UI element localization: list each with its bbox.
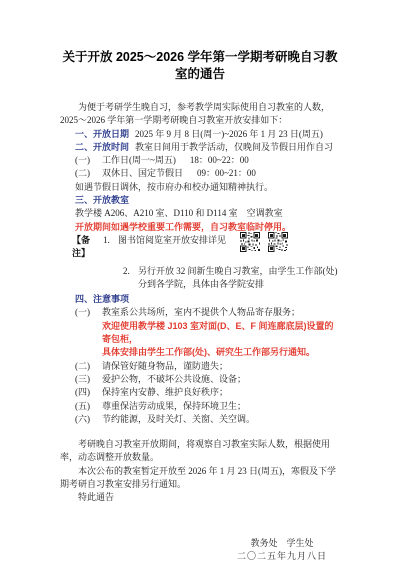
remark-block: 【备注】 1. 图书馆阅览室开放安排详见 2. 另行开放 32 间新生晚自习教室…	[60, 234, 340, 291]
section-heading-notes: 四、注意事项	[75, 294, 129, 304]
hours-item-time: 18：00~22：00	[190, 155, 249, 165]
holiday-adjustment-note: 如遇节假日调休，按市府办和校办通知精神执行。	[75, 181, 340, 194]
hours-item-time: 09：00~21：00	[197, 168, 256, 178]
open-dates-value: 2025 年 9 月 8 日(周一)~2026 年 1 月 23 日(周五)	[135, 129, 323, 139]
note-item-text: 请保管好随身物品，谨防遗失；	[102, 360, 340, 373]
note-item-text: 爱护公物，不破坏公共设施、设备；	[102, 373, 340, 386]
locker-notice-line-1: 欢迎使用教学楼 J103 室对面(D、E、F 间连廊底层)设置的寄包柜，	[102, 320, 340, 347]
issue-date: 二〇二五年九月八日	[237, 550, 327, 563]
section-open-hours: 二、开放时间教室日间用于教学活动，仅晚间及节假日用作自习	[75, 141, 340, 154]
closing-paragraph-1: 考研晚自习教室开放期间，将观察自习教室实际人数，根据使用率，动态调整开放数量。	[60, 438, 340, 465]
note-item-4: (四)保持室内安静、维护良好秩序；	[75, 386, 340, 399]
note-item-5: (五)尊重保洁劳动成果，保持环境卫生；	[75, 400, 340, 413]
note-item-label: (二)	[75, 360, 95, 373]
hours-item-label: (一)	[75, 154, 95, 167]
room-suspension-warning: 开放期间如遇学校重要工作需要，自习教室临时停用。	[75, 221, 340, 234]
remark-item-text: 另行开放 32 间新生晚自习教室，由学生工作部(处)分到各学院，具体由各学院安排	[138, 265, 340, 292]
room-list: 教学楼 A206、A210 室、D110 和 D114 室 空调教室	[75, 207, 340, 220]
note-item-2: (二)请保管好随身物品，谨防遗失；	[75, 360, 340, 373]
document-title: 关于开放 2025～2026 学年第一学期考研晚自习教室的通告	[60, 49, 340, 83]
closing-statement: 特此通告	[60, 491, 340, 504]
section-heading-dates: 一、开放日期	[75, 129, 129, 139]
section-heading-hours: 二、开放时间	[75, 142, 129, 152]
note-item-3: (三)爱护公物，不破坏公共设施、设备；	[75, 373, 340, 386]
open-hours-intro: 教室日间用于教学活动，仅晚间及节假日用作自习	[135, 142, 333, 152]
note-item-1: (一)教室系公共场所，室内不提供个人物品寄存服务；	[75, 306, 340, 319]
document-content: 关于开放 2025～2026 学年第一学期考研晚自习教室的通告 为便于考研学生晚…	[0, 0, 399, 563]
note-item-6: (六)节约能源，及时关灯、关窗、关空调。	[75, 413, 340, 426]
remark-item-text: 图书馆阅览室开放安排详见	[118, 234, 340, 261]
note-item-text: 保持室内安静、维护良好秩序；	[102, 386, 340, 399]
note-item-label: (三)	[75, 373, 95, 386]
note-item-label: (五)	[75, 400, 95, 413]
hours-item-name: 双休日、国定节假日	[102, 168, 183, 178]
notice-document-page: 关于开放 2025～2026 学年第一学期考研晚自习教室的通告 为便于考研学生晚…	[0, 0, 399, 565]
remark-item-1: 【备注】 1. 图书馆阅览室开放安排详见	[60, 234, 340, 261]
closing-paragraph-2: 本次公布的教室暂定开放至 2026 年 1 月 23 日(周五)，寒假及下学期考…	[60, 465, 340, 492]
signature-block: 教务处 学生处 二〇二五年九月八日	[237, 537, 327, 564]
note-item-label: (一)	[75, 306, 95, 319]
locker-notice-line-2: 具体安排由学生工作部(处)、研究生工作部另行通知。	[102, 346, 340, 359]
remark-item-2: 2. 另行开放 32 间新生晚自习教室，由学生工作部(处)分到各学院，具体由各学…	[60, 265, 340, 292]
section-open-rooms: 三、开放教室	[75, 194, 340, 207]
note-item-text: 教室系公共场所，室内不提供个人物品寄存服务；	[102, 306, 340, 319]
qr-code-icon	[240, 232, 260, 252]
note-item-label: (四)	[75, 386, 95, 399]
issuing-departments: 教务处 学生处	[237, 537, 327, 550]
note-item-text: 节约能源，及时关灯、关窗、关空调。	[102, 413, 340, 426]
remark-label: 【备注】	[72, 234, 103, 261]
remark-item-number: 2.	[123, 265, 138, 292]
hours-item-label: (二)	[75, 167, 95, 180]
note-item-label: (六)	[75, 413, 95, 426]
section-notes: 四、注意事项	[75, 293, 340, 306]
remark-item-number: 1.	[103, 234, 118, 261]
qr-code-icon	[268, 232, 288, 252]
section-heading-rooms: 三、开放教室	[75, 195, 129, 205]
hours-item-weekend: (二)双休日、国定节假日09：00~21：00	[75, 167, 340, 180]
hours-item-name: 工作日(周一~周五)	[102, 155, 176, 165]
hours-item-weekday: (一)工作日(周一~周五)18：00~22：00	[75, 154, 340, 167]
intro-paragraph: 为便于考研学生晚自习，参考教学周实际使用自习教室的人数，2025～2026 学年…	[60, 101, 340, 128]
section-open-dates: 一、开放日期2025 年 9 月 8 日(周一)~2026 年 1 月 23 日…	[75, 128, 340, 141]
note-item-text: 尊重保洁劳动成果，保持环境卫生；	[102, 400, 340, 413]
